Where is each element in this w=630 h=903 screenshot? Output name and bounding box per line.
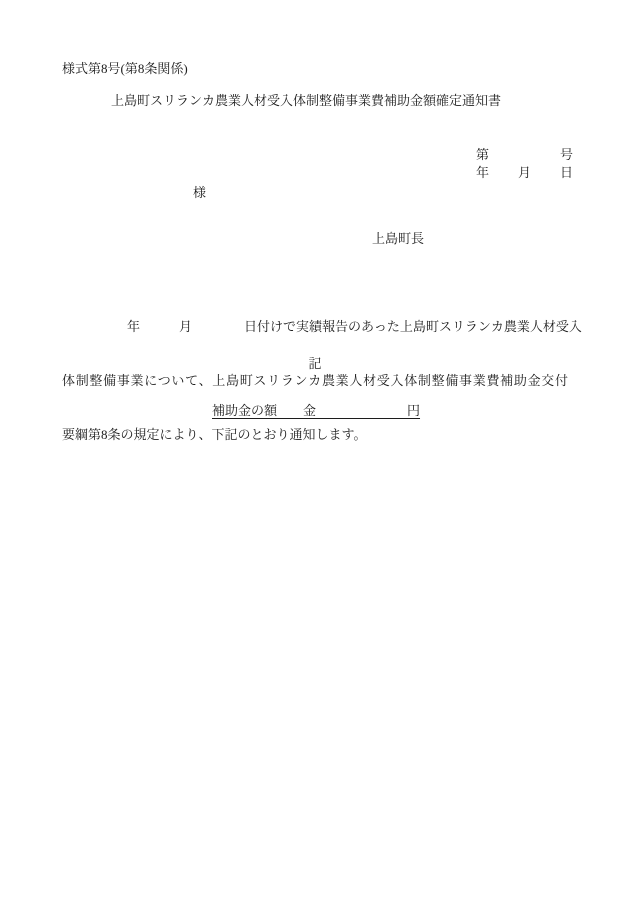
body-text-line: 体制整備事業について、上島町スリランカ農業人材受入体制整備事業費補助金交付 (62, 372, 568, 390)
date-year-label: 年 (476, 165, 489, 180)
date-line: 年月日 (463, 146, 573, 200)
sender-title: 上島町長 (372, 230, 424, 248)
body-text-line: 要綱第8条の規定により、下記のとおり通知します。 (62, 426, 568, 444)
date-month-label: 月 (518, 164, 531, 182)
document-title: 上島町スリランカ農業人材受入体制整備事業費補助金額確定通知書 (111, 92, 501, 110)
subsidy-amount-line: 補助金の額 金 円 (212, 402, 420, 420)
document-page: 様式第8号(第8条関係) 上島町スリランカ農業人材受入体制整備事業費補助金額確定… (0, 0, 630, 903)
addressee-honorific: 様 (193, 184, 206, 202)
form-number-label: 様式第8号(第8条関係) (62, 60, 188, 78)
body-paragraph: 年 月 日付けで実績報告のあった上島町スリランカ農業人材受入 体制整備事業につい… (62, 282, 568, 480)
date-day-label: 日 (560, 164, 573, 182)
record-marker: 記 (62, 355, 568, 373)
body-text-line: 年 月 日付けで実績報告のあった上島町スリランカ農業人材受入 (62, 318, 568, 336)
